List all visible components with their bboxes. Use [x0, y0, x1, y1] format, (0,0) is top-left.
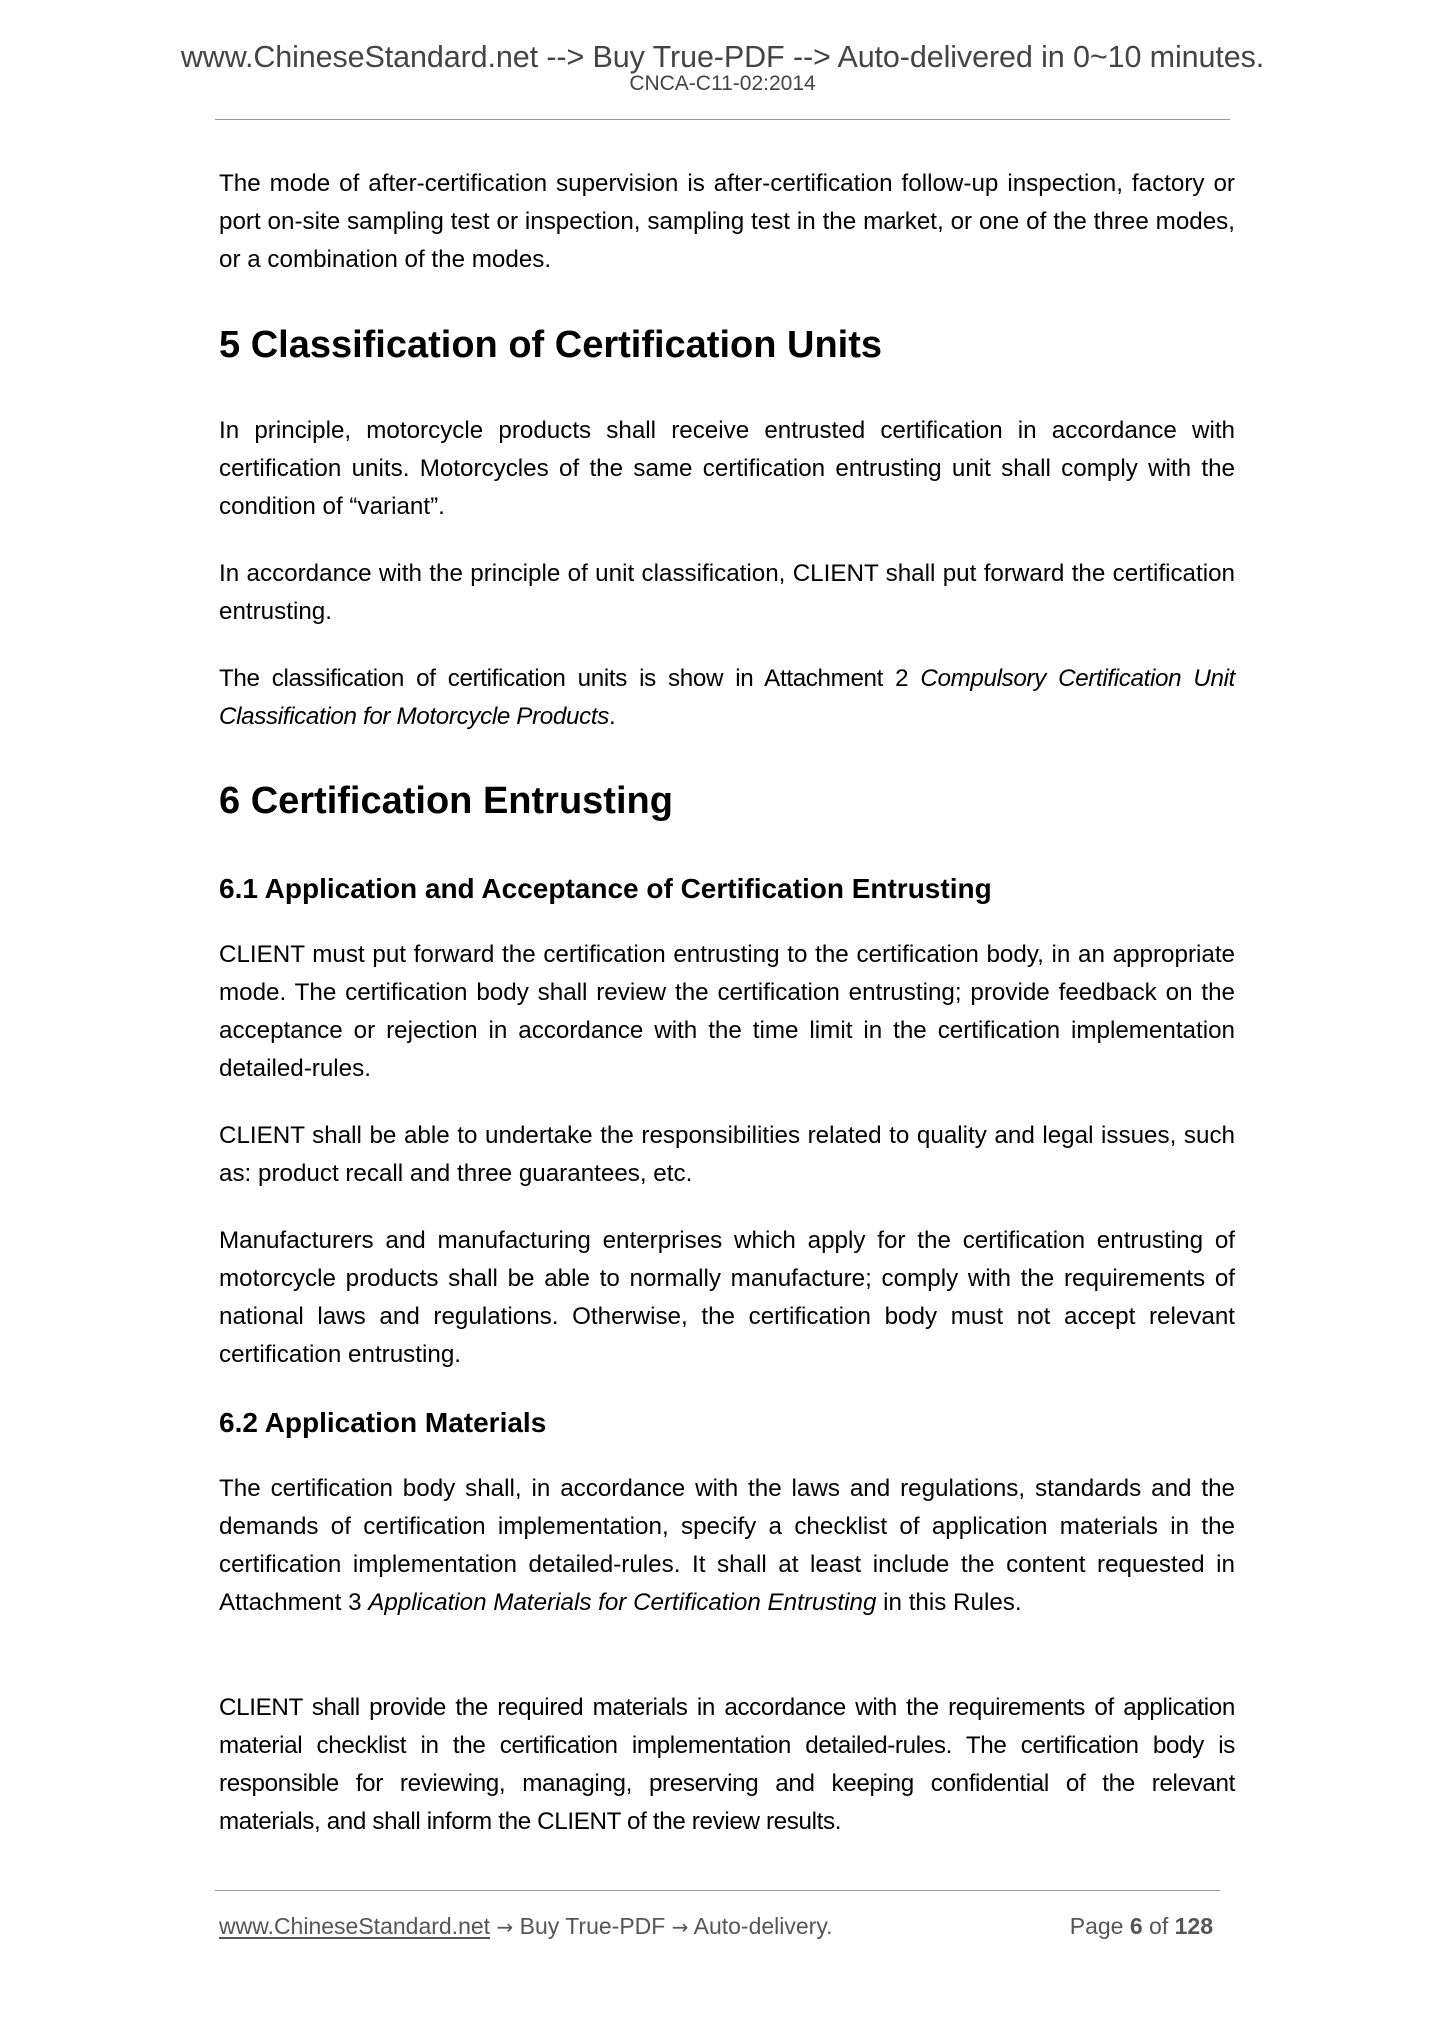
paragraph-text: The mode of after-certification supervis…	[219, 165, 1235, 279]
paragraph-text: The certification body shall, in accorda…	[219, 1470, 1235, 1622]
paragraph-text: In principle, motorcycle products shall …	[219, 412, 1235, 526]
paragraph-text: CLIENT must put forward the certificatio…	[219, 936, 1235, 1088]
section-6-1-heading-block: 6.1 Application and Acceptance of Certif…	[219, 872, 1235, 906]
paragraph-manufacturer-requirements: Manufacturers and manufacturing enterpri…	[219, 1222, 1235, 1374]
paragraph-client-materials: CLIENT shall provide the required materi…	[219, 1689, 1235, 1841]
paragraph-text: CLIENT shall be able to undertake the re…	[219, 1117, 1235, 1193]
page-total: 128	[1175, 1913, 1213, 1939]
section-5-heading-block: 5 Classification of Certification Units	[219, 322, 1235, 368]
text-run: The classification of certification unit…	[219, 665, 920, 692]
page-label: Page	[1070, 1913, 1124, 1939]
arrow-right-icon: →	[672, 1915, 689, 1939]
page-indicator: Page 6 of 128	[1070, 1911, 1213, 1941]
section-6-2-heading: 6.2 Application Materials	[219, 1406, 1235, 1440]
page-current: 6	[1130, 1913, 1143, 1939]
page-of-label: of	[1149, 1913, 1168, 1939]
section-6-1-heading: 6.1 Application and Acceptance of Certif…	[219, 872, 1235, 906]
paragraph-application-checklist: The certification body shall, in accorda…	[219, 1470, 1235, 1622]
paragraph-attachment-2: The classification of certification unit…	[219, 660, 1235, 736]
paragraph-entrusting-review: CLIENT must put forward the certificatio…	[219, 936, 1235, 1088]
document-code: CNCA-C11-02:2014	[0, 71, 1445, 97]
footer-divider	[215, 1890, 1220, 1891]
paragraph-unit-classification: In accordance with the principle of unit…	[219, 555, 1235, 631]
text-run: .	[609, 703, 615, 730]
header-banner: www.ChineseStandard.net --> Buy True-PDF…	[0, 39, 1445, 75]
paragraph-certification-units-principle: In principle, motorcycle products shall …	[219, 412, 1235, 526]
section-6-heading-block: 6 Certification Entrusting	[219, 778, 1235, 824]
section-5-heading: 5 Classification of Certification Units	[219, 322, 1235, 368]
auto-delivery-text: Auto-delivery.	[694, 1913, 833, 1939]
paragraph-text: CLIENT shall provide the required materi…	[219, 1689, 1235, 1841]
text-run: in this Rules.	[876, 1589, 1021, 1616]
arrow-right-icon: →	[496, 1915, 513, 1939]
paragraph-text: The classification of certification unit…	[219, 660, 1235, 736]
section-6-heading: 6 Certification Entrusting	[219, 778, 1235, 824]
paragraph-client-responsibilities: CLIENT shall be able to undertake the re…	[219, 1117, 1235, 1193]
paragraph-text: In accordance with the principle of unit…	[219, 555, 1235, 631]
paragraph-text: Manufacturers and manufacturing enterpri…	[219, 1222, 1235, 1374]
page-footer: www.ChineseStandard.net → Buy True-PDF →…	[219, 1911, 1219, 1942]
buy-true-pdf-text: Buy True-PDF	[520, 1913, 666, 1939]
paragraph-supervision-mode: The mode of after-certification supervis…	[219, 165, 1235, 279]
section-6-2-heading-block: 6.2 Application Materials	[219, 1406, 1235, 1440]
chinesestandard-link[interactable]: www.ChineseStandard.net	[219, 1913, 490, 1939]
attachment-3-title: Application Materials for Certification …	[368, 1589, 876, 1616]
header-divider	[215, 119, 1230, 120]
